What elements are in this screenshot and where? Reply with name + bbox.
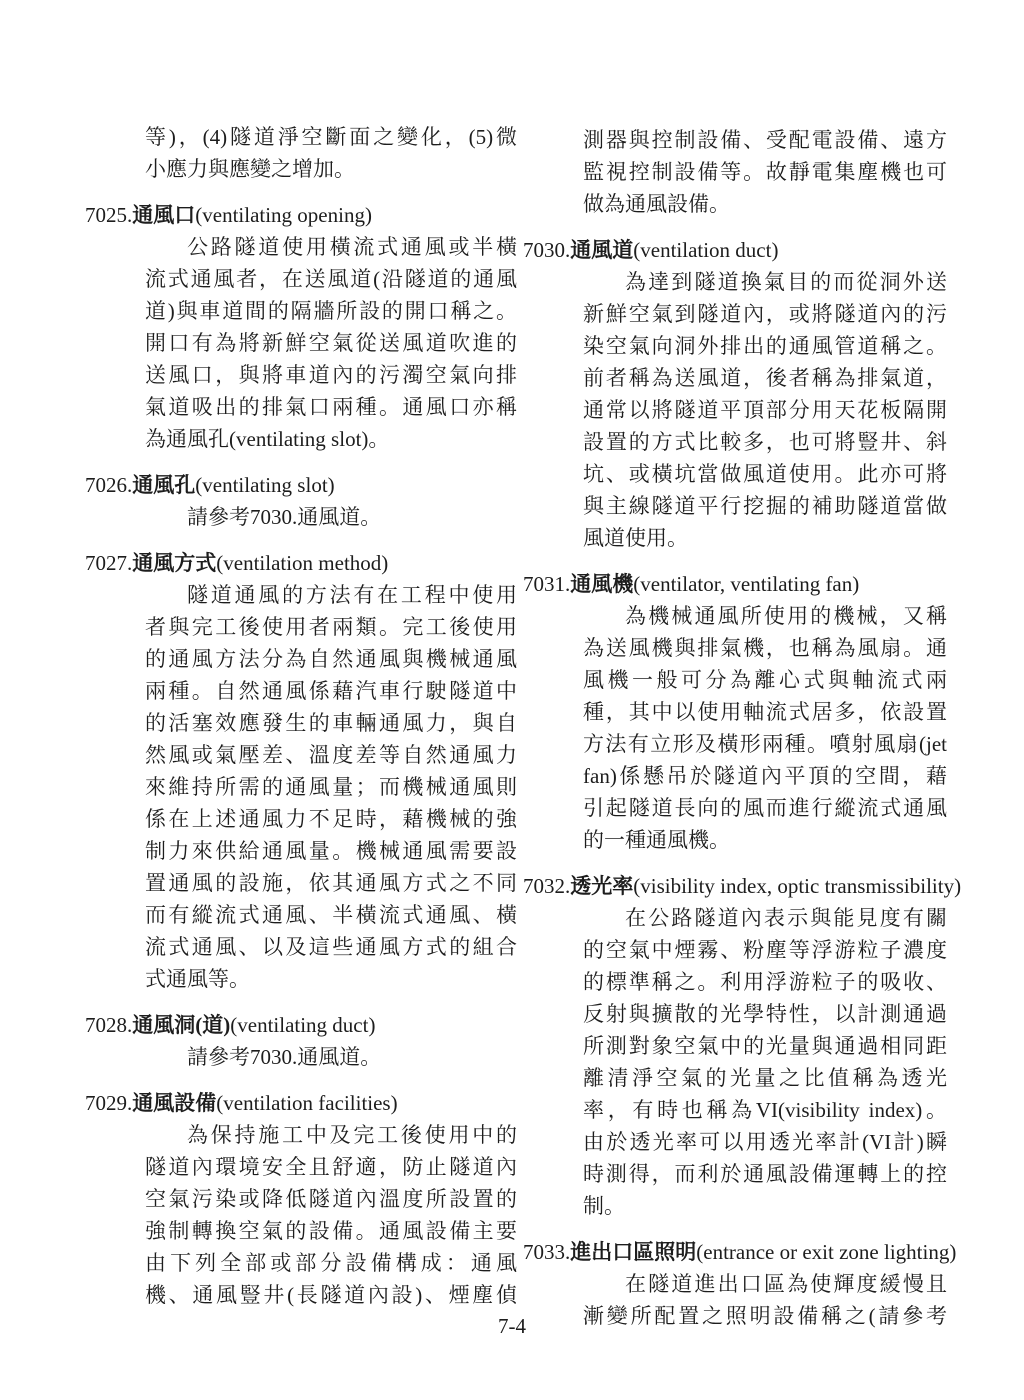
entry-body: 隧道通風的方法有在工程中使用者與完工後使用者兩類。完工後使用的通風方法分為自然通…: [145, 579, 517, 995]
entry-body: 為達到隧道換氣目的而從洞外送新鮮空氣到隧道內，或將隧道內的污染空氣向洞外排出的通…: [583, 266, 947, 554]
text-line: 坑、或橫坑當做風道使用。此亦可將: [583, 458, 947, 490]
text-line: 通常以將隧道平頂部分用天花板隔開: [583, 394, 947, 426]
entry-term-english: (entrance or exit zone lighting): [696, 1240, 956, 1264]
entry-body: 在公路隧道內表示與能見度有關的空氣中煙霧、粉塵等浮游粒子濃度的標準稱之。利用浮游…: [583, 902, 947, 1222]
text-line: 為通風孔(ventilating slot)。: [145, 423, 517, 455]
entry-term-english: (ventilation method): [216, 551, 388, 575]
text-line: 引起隧道長向的風而進行縱流式通風: [583, 792, 947, 824]
entry-term-english: (ventilation facilities): [216, 1091, 397, 1115]
text-line: 風機一般可分為離心式與軸流式兩: [583, 664, 947, 696]
text-line: 空氣污染或降低隧道內溫度所設置的: [145, 1183, 517, 1215]
text-line: 率，有時也稱為VI(visibility index)。: [583, 1094, 947, 1126]
entry-term: 通風孔: [132, 473, 195, 497]
text-line: 與主線隧道平行挖掘的補助隧道當做: [583, 490, 947, 522]
entry-term: 通風口: [132, 203, 195, 227]
text-line: 反射與擴散的光學特性，以計測通過: [583, 998, 947, 1030]
text-line: 式通風等。: [145, 963, 517, 995]
paragraph-continuation: 測器與控制設備、受配電設備、遠方監視控制設備等。故靜電集塵機也可做為通風設備。: [523, 124, 947, 220]
entry-term: 通風機: [570, 572, 633, 596]
text-line: 測器與控制設備、受配電設備、遠方: [583, 124, 947, 156]
entry-header: 7028.通風洞(道)(ventilating duct): [85, 1009, 517, 1041]
entry-header: 7033.進出口區照明(entrance or exit zone lighti…: [523, 1236, 947, 1268]
text-line: 的活塞效應發生的車輛通風力，與自: [145, 707, 517, 739]
entry-number: 7029.: [85, 1091, 132, 1115]
entry-number: 7026.: [85, 473, 132, 497]
entry-number: 7033.: [523, 1240, 570, 1264]
entry-body: 為機械通風所使用的機械，又稱為送風機與排氣機，也稱為風扇。通風機一般可分為離心式…: [583, 600, 947, 856]
glossary-entry: 7029.通風設備(ventilation facilities)為保持施工中及…: [85, 1087, 517, 1311]
text-line: 離清淨空氣的光量之比值稱為透光: [583, 1062, 947, 1094]
text-line: 請參考7030.通風道。: [145, 1041, 517, 1073]
text-line: 時測得，而利於通風設備運轉上的控: [583, 1158, 947, 1190]
entry-header: 7026.通風孔(ventilating slot): [85, 469, 517, 501]
text-line: 來維持所需的通風量；而機械通風則: [145, 771, 517, 803]
text-line: 為送風機與排氣機，也稱為風扇。通: [583, 632, 947, 664]
entry-header: 7029.通風設備(ventilation facilities): [85, 1087, 517, 1119]
entry-header: 7025.通風口(ventilating opening): [85, 199, 517, 231]
text-line: 所測對象空氣中的光量與通過相同距: [583, 1030, 947, 1062]
entry-term-english: (ventilating slot): [195, 473, 334, 497]
entry-term: 進出口區照明: [570, 1240, 696, 1264]
glossary-entry: 7027.通風方式(ventilation method)隧道通風的方法有在工程…: [85, 547, 517, 995]
text-line: 氣道吸出的排氣口兩種。通風口亦稱: [145, 391, 517, 423]
text-line: 兩種。自然通風係藉汽車行駛隧道中: [145, 675, 517, 707]
paragraph-continuation: 等)，(4)隧道淨空斷面之變化，(5)微小應力與應變之增加。: [85, 121, 517, 185]
entry-term-english: (ventilator, ventilating fan): [633, 572, 859, 596]
text-line: fan)係懸吊於隧道內平頂的空間，藉: [583, 760, 947, 792]
glossary-entry: 7026.通風孔(ventilating slot)請參考7030.通風道。: [85, 469, 517, 533]
right-column: 測器與控制設備、受配電設備、遠方監視控制設備等。故靜電集塵機也可做為通風設備。7…: [523, 124, 947, 1332]
text-line: 的一種通風機。: [583, 824, 947, 856]
text-line: 然風或氣壓差、溫度差等自然通風力: [145, 739, 517, 771]
entry-number: 7028.: [85, 1013, 132, 1037]
entry-number: 7027.: [85, 551, 132, 575]
entry-body: 請參考7030.通風道。: [145, 1041, 517, 1073]
entry-header: 7032.透光率(visibility index, optic transmi…: [523, 870, 947, 902]
text-line: 種，其中以使用軸流式居多，依設置: [583, 696, 947, 728]
text-line: 前者稱為送風道，後者稱為排氣道，: [583, 362, 947, 394]
text-line: 道)與車道間的隔牆所設的開口稱之。: [145, 295, 517, 327]
entry-number: 7025.: [85, 203, 132, 227]
page-number: 7-4: [0, 1310, 1024, 1342]
glossary-entry: 7032.透光率(visibility index, optic transmi…: [523, 870, 947, 1222]
document-page: 等)，(4)隧道淨空斷面之變化，(5)微小應力與應變之增加。7025.通風口(v…: [0, 0, 1024, 1400]
entry-header: 7031.通風機(ventilator, ventilating fan): [523, 568, 947, 600]
entry-body: 公路隧道使用橫流式通風或半橫流式通風者，在送風道(沿隧道的通風道)與車道間的隔牆…: [145, 231, 517, 455]
text-line: 強制轉換空氣的設備。通風設備主要: [145, 1215, 517, 1247]
entry-term: 通風設備: [132, 1091, 216, 1115]
text-line: 而有縱流式通風、半橫流式通風、橫: [145, 899, 517, 931]
text-line: 方法有立形及橫形兩種。噴射風扇(jet: [583, 728, 947, 760]
text-line: 請參考7030.通風道。: [145, 501, 517, 533]
entry-term-english: (ventilating opening): [195, 203, 372, 227]
text-line: 制力來供給通風量。機械通風需要設: [145, 835, 517, 867]
glossary-entry: 7028.通風洞(道)(ventilating duct)請參考7030.通風道…: [85, 1009, 517, 1073]
text-line: 制。: [583, 1190, 947, 1222]
text-line: 置通風的設施，依其通風方式之不同: [145, 867, 517, 899]
text-line: 等)，(4)隧道淨空斷面之變化，(5)微: [145, 121, 517, 153]
entry-header: 7027.通風方式(ventilation method): [85, 547, 517, 579]
entry-term: 透光率: [570, 874, 633, 898]
text-line: 隧道通風的方法有在工程中使用: [145, 579, 517, 611]
entry-body: 為保持施工中及完工後使用中的隧道內環境安全且舒適，防止隧道內空氣污染或降低隧道內…: [145, 1119, 517, 1311]
entry-header: 7030.通風道(ventilation duct): [523, 234, 947, 266]
entry-number: 7032.: [523, 874, 570, 898]
text-line: 監視控制設備等。故靜電集塵機也可: [583, 156, 947, 188]
glossary-entry: 7031.通風機(ventilator, ventilating fan)為機械…: [523, 568, 947, 856]
entry-term: 通風方式: [132, 551, 216, 575]
entry-body: 測器與控制設備、受配電設備、遠方監視控制設備等。故靜電集塵機也可做為通風設備。: [583, 124, 947, 220]
left-column: 等)，(4)隧道淨空斷面之變化，(5)微小應力與應變之增加。7025.通風口(v…: [85, 121, 517, 1311]
text-line: 做為通風設備。: [583, 188, 947, 220]
glossary-entry: 7030.通風道(ventilation duct)為達到隧道換氣目的而從洞外送…: [523, 234, 947, 554]
text-line: 為保持施工中及完工後使用中的: [145, 1119, 517, 1151]
text-line: 隧道內環境安全且舒適，防止隧道內: [145, 1151, 517, 1183]
entry-term: 通風道: [570, 238, 633, 262]
entry-term-english: (visibility index, optic transmissibilit…: [633, 874, 961, 898]
text-line: 開口有為將新鮮空氣從送風道吹進的: [145, 327, 517, 359]
text-line: 係在上述通風力不足時，藉機械的強: [145, 803, 517, 835]
text-line: 在公路隧道內表示與能見度有關: [583, 902, 947, 934]
text-line: 流式通風者，在送風道(沿隧道的通風: [145, 263, 517, 295]
text-line: 風道使用。: [583, 522, 947, 554]
entry-term: 通風洞(道): [132, 1013, 230, 1037]
entry-number: 7030.: [523, 238, 570, 262]
text-line: 為達到隧道換氣目的而從洞外送: [583, 266, 947, 298]
text-line: 流式通風、以及這些通風方式的組合: [145, 931, 517, 963]
text-line: 公路隧道使用橫流式通風或半橫: [145, 231, 517, 263]
text-line: 機、通風豎井(長隧道內設)、煙塵偵: [145, 1279, 517, 1311]
text-line: 在隧道進出口區為使輝度緩慢且: [583, 1268, 947, 1300]
text-line: 為機械通風所使用的機械，又稱: [583, 600, 947, 632]
text-line: 新鮮空氣到隧道內，或將隧道內的污: [583, 298, 947, 330]
entry-body: 請參考7030.通風道。: [145, 501, 517, 533]
text-line: 小應力與應變之增加。: [145, 153, 517, 185]
text-line: 的通風方法分為自然通風與機械通風: [145, 643, 517, 675]
glossary-entry: 7025.通風口(ventilating opening)公路隧道使用橫流式通風…: [85, 199, 517, 455]
text-line: 的空氣中煙霧、粉塵等浮游粒子濃度: [583, 934, 947, 966]
text-line: 染空氣向洞外排出的通風管道稱之。: [583, 330, 947, 362]
text-line: 送風口，與將車道內的污濁空氣向排: [145, 359, 517, 391]
entry-term-english: (ventilating duct): [230, 1013, 375, 1037]
entry-body: 等)，(4)隧道淨空斷面之變化，(5)微小應力與應變之增加。: [145, 121, 517, 185]
text-line: 的標準稱之。利用浮游粒子的吸收、: [583, 966, 947, 998]
text-line: 者與完工後使用者兩類。完工後使用: [145, 611, 517, 643]
entry-term-english: (ventilation duct): [633, 238, 778, 262]
text-line: 由下列全部或部分設備構成：通風: [145, 1247, 517, 1279]
entry-number: 7031.: [523, 572, 570, 596]
text-line: 由於透光率可以用透光率計(VI計)瞬: [583, 1126, 947, 1158]
text-line: 設置的方式比較多，也可將豎井、斜: [583, 426, 947, 458]
